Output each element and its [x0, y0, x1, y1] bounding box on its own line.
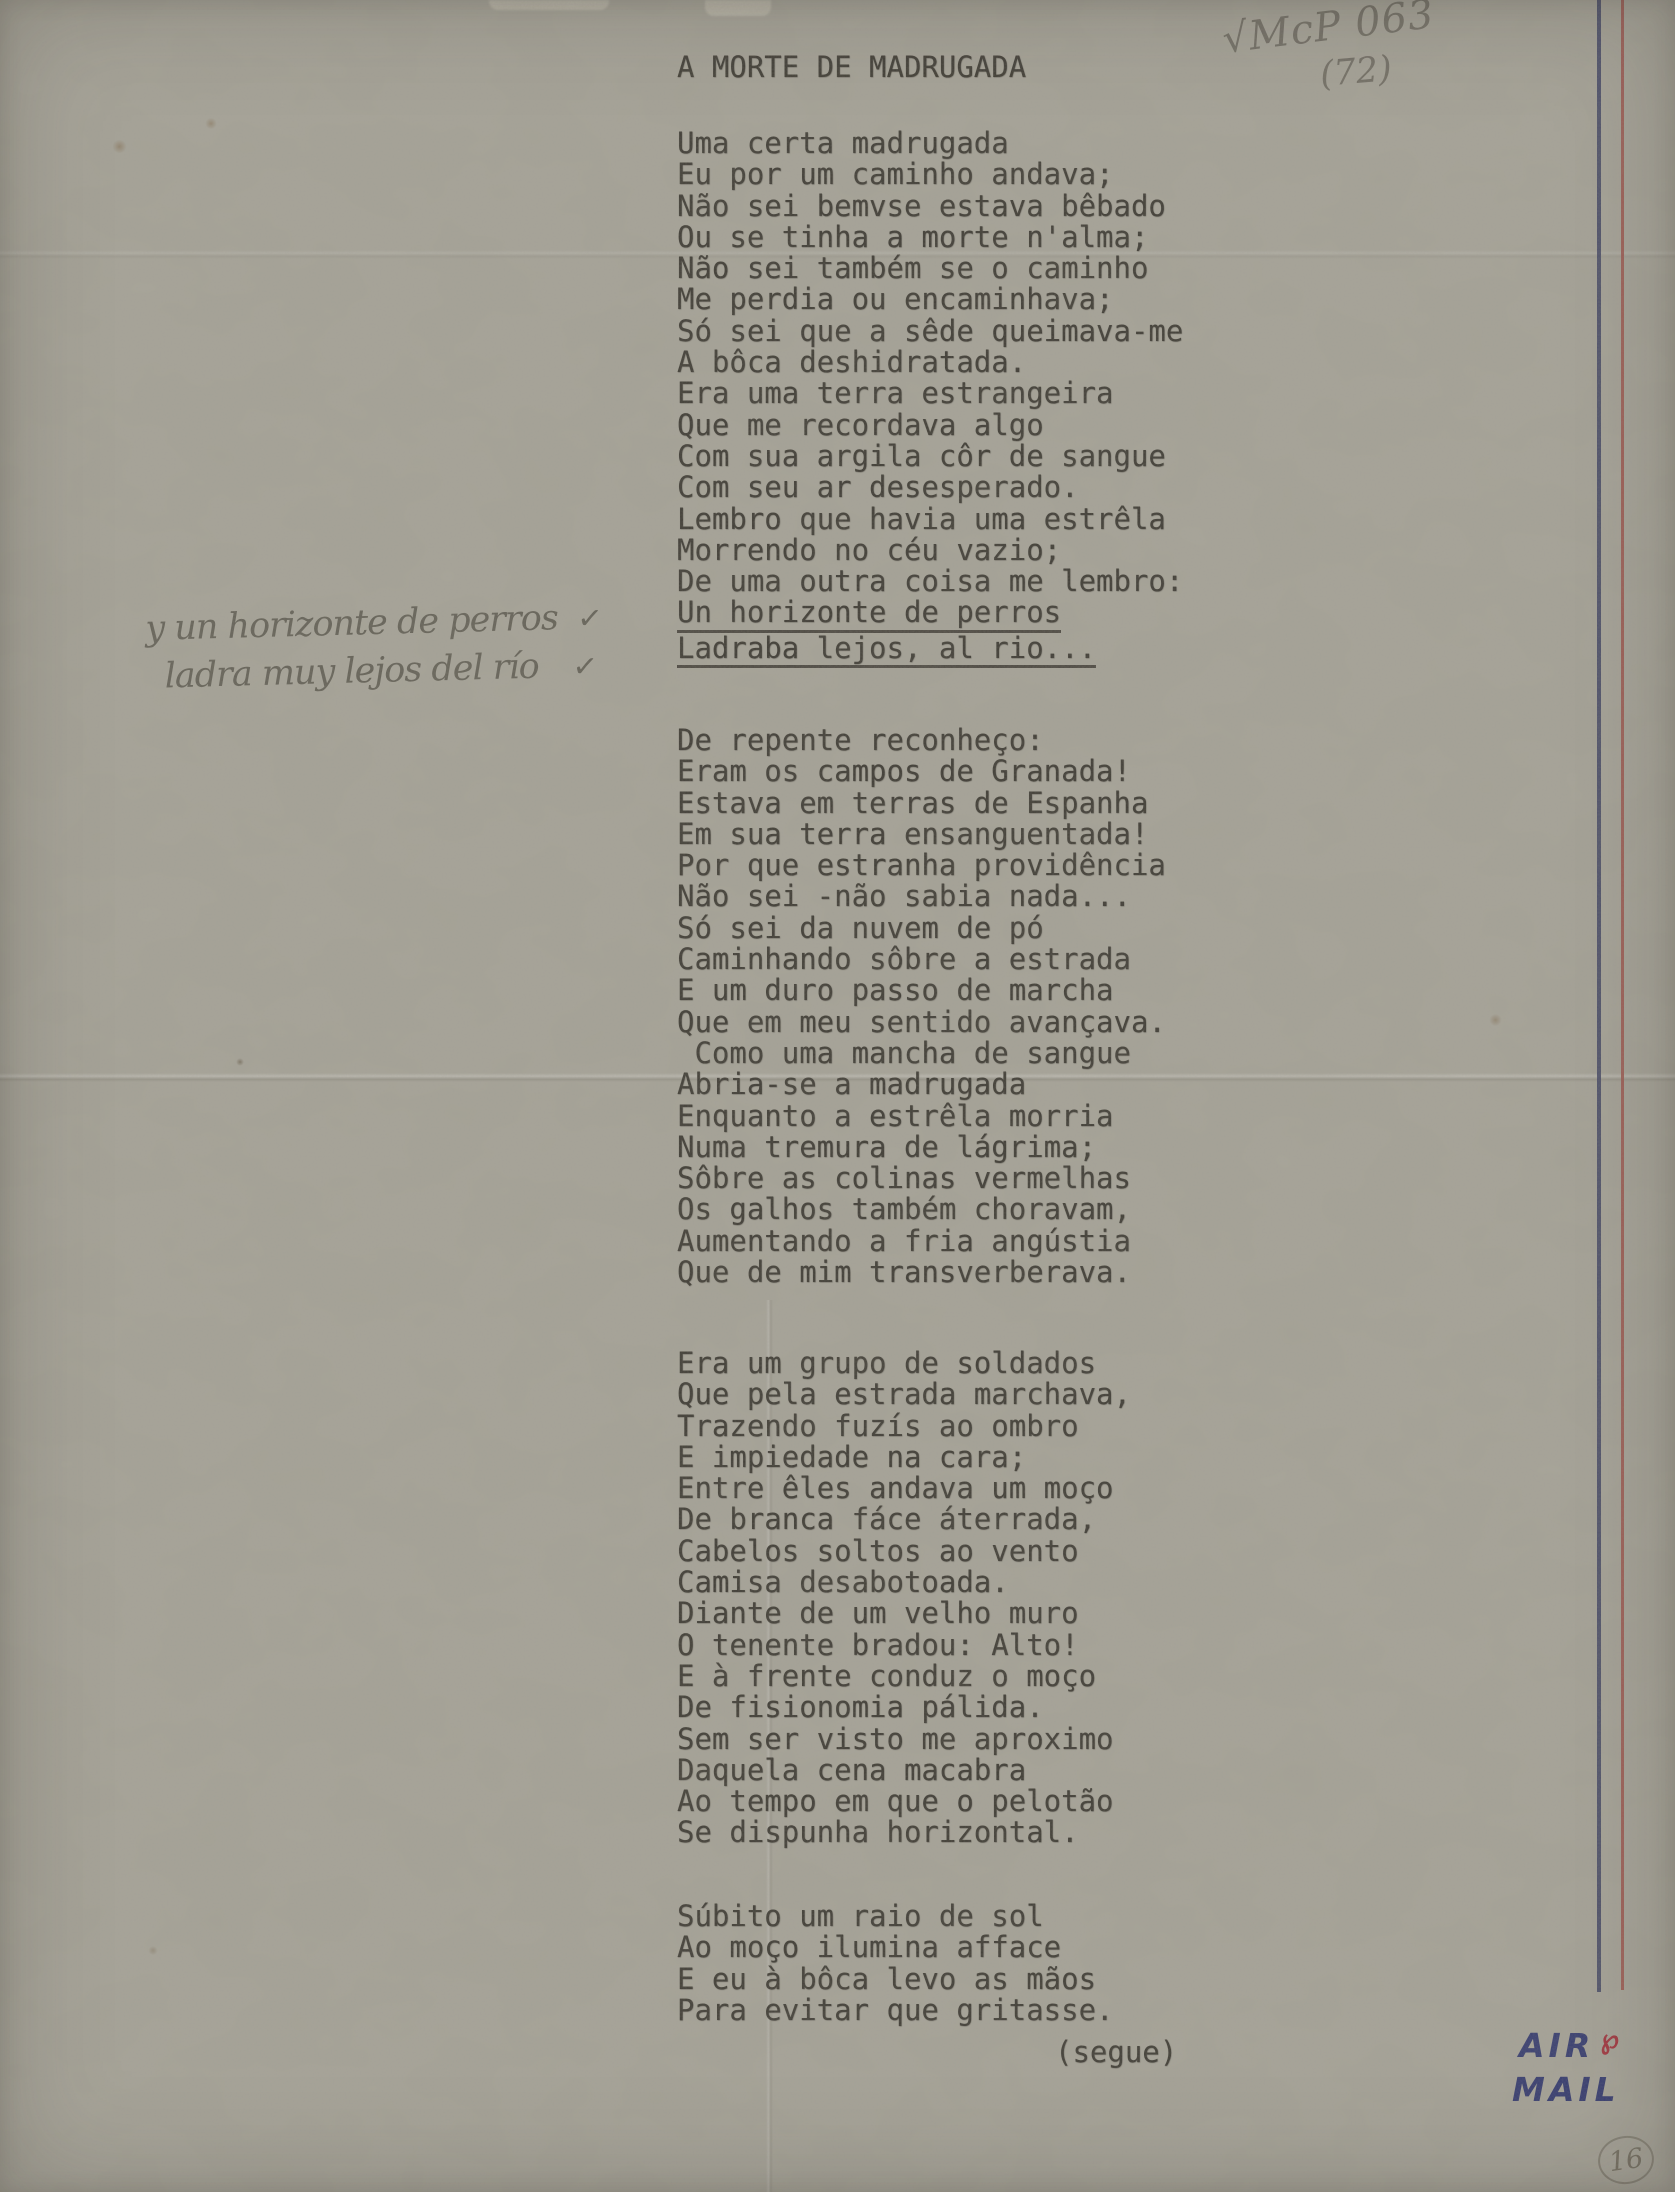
- stain: [236, 1058, 244, 1066]
- poem-line: Estava em terras de Espanha: [677, 788, 1148, 819]
- red-airmail-rule: [1621, 0, 1624, 1990]
- poem-stanza-1: Uma certa madrugadaEu por um caminho and…: [677, 128, 1183, 668]
- continuation-note: (segue): [1055, 2037, 1177, 2068]
- poem-line: A bôca deshidratada.: [677, 347, 1026, 378]
- poem-line: Que de mim transverberava.: [677, 1257, 1131, 1288]
- poem-line: Não sei também se o caminho: [677, 253, 1148, 284]
- spacer: [539, 677, 573, 678]
- poem-line: De uma outra coisa me lembro:: [677, 566, 1183, 597]
- stain: [1489, 1014, 1502, 1026]
- poem-line: Era uma terra estrangeira: [677, 378, 1114, 409]
- poem-line: Por que estranha providência: [677, 850, 1166, 881]
- poem-line: Eu por um caminho andava;: [677, 159, 1114, 190]
- stain: [205, 118, 217, 129]
- poem-line: Sôbre as colinas vermelhas: [677, 1163, 1131, 1194]
- poem-line: Para evitar que gritasse.: [677, 1995, 1114, 2026]
- scanned-poem-page: A MORTE DE MADRUGADA Uma certa madrugada…: [0, 0, 1675, 2192]
- poem-line: Caminhando sôbre a estrada: [677, 944, 1131, 975]
- poem-line: De branca fáce áterrada,: [677, 1504, 1096, 1535]
- poem-line: E eu à bôca levo as mãos: [677, 1964, 1096, 1995]
- poem-line: Un horizonte de perros: [677, 597, 1061, 632]
- airmail-imprint-air: AIR: [1519, 2026, 1594, 2065]
- poem-line: Só sei da nuvem de pó: [677, 913, 1044, 944]
- poem-line: Eram os campos de Granada!: [677, 756, 1131, 787]
- paper-tear: [705, 0, 771, 16]
- blue-airmail-rule: [1597, 0, 1601, 1992]
- poem-line: Sem ser visto me aproximo: [677, 1724, 1114, 1755]
- poem-stanza-4: Súbito um raio de solAo moço ilumina aff…: [677, 1901, 1114, 2026]
- margin-annotation: y un horizonte de perros✓ ladra muy lejo…: [145, 594, 604, 702]
- poem-line: Ladraba lejos, al rio...: [677, 633, 1096, 668]
- poem-line: Entre êles andava um moço: [677, 1473, 1114, 1504]
- poem-line: E um duro passo de marcha: [677, 975, 1114, 1006]
- circled-page-number: 16: [1595, 2132, 1657, 2187]
- poem-line: Súbito um raio de sol: [677, 1901, 1044, 1932]
- poem-line: Em sua terra ensanguentada!: [677, 819, 1148, 850]
- poem-line: De repente reconheço:: [677, 725, 1044, 756]
- poem-line: E impiedade na cara;: [677, 1442, 1026, 1473]
- stain: [148, 1946, 158, 1955]
- poem-line: Como uma mancha de sangue: [677, 1038, 1131, 1069]
- poem-line: Enquanto a estrêla morria: [677, 1101, 1114, 1132]
- poem-line: Uma certa madrugada: [677, 128, 1009, 159]
- poem-stanza-3: Era um grupo de soldadosQue pela estrada…: [677, 1348, 1131, 1849]
- poem-line: De fisionomia pálida.: [677, 1692, 1044, 1723]
- poem-line: Morrendo no céu vazio;: [677, 535, 1061, 566]
- spacer: [558, 629, 578, 630]
- poem-stanza-2: De repente reconheço:Eram os campos de G…: [677, 725, 1166, 1288]
- poem-line: Cabelos soltos ao vento: [677, 1536, 1079, 1567]
- poem-line: Daquela cena macabra: [677, 1755, 1026, 1786]
- poem-line: Com sua argila côr de sangue: [677, 441, 1166, 472]
- poem-line: Se dispunha horizontal.: [677, 1817, 1079, 1848]
- poem-line: Numa tremura de lágrima;: [677, 1132, 1096, 1163]
- poem-line: Ao tempo em que o pelotão: [677, 1786, 1114, 1817]
- poem-line: Diante de um velho muro: [677, 1598, 1079, 1629]
- poem-line: Me perdia ou encaminhava;: [677, 284, 1114, 315]
- poem-line: Lembro que havia uma estrêla: [677, 504, 1166, 535]
- catalog-number: (72): [1318, 49, 1393, 95]
- margin-annotation-text: ladra muy lejos del río: [164, 647, 539, 697]
- poem-line: Com seu ar desesperado.: [677, 472, 1079, 503]
- stain: [112, 140, 127, 153]
- poem-line: Abria-se a madrugada: [677, 1069, 1026, 1100]
- airmail-imprint-mail: MAIL: [1512, 2070, 1620, 2109]
- poem-line: Aumentando a fria angústia: [677, 1226, 1131, 1257]
- checkmark-icon: ✓: [576, 595, 604, 643]
- poem-line: Que pela estrada marchava,: [677, 1379, 1131, 1410]
- poem-line: Ou se tinha a morte n'alma;: [677, 222, 1148, 253]
- poem-line: Que me recordava algo: [677, 410, 1044, 441]
- checkmark-icon: ✓: [571, 644, 599, 692]
- poem-line: Ao moço ilumina afface: [677, 1932, 1061, 1963]
- poem-line: Que em meu sentido avançava.: [677, 1007, 1166, 1038]
- poem-line: Não sei -não sabia nada...: [677, 881, 1131, 912]
- poem-line: Não sei bemvse estava bêbado: [677, 191, 1166, 222]
- poem-line: Era um grupo de soldados: [677, 1348, 1096, 1379]
- margin-annotation-text: y un horizonte de perros: [145, 598, 558, 649]
- poem-line: Trazendo fuzís ao ombro: [677, 1411, 1079, 1442]
- poem-line: Os galhos também choravam,: [677, 1194, 1131, 1225]
- poem-line: Camisa desabotoada.: [677, 1567, 1009, 1598]
- poem-line: O tenente bradou: Alto!: [677, 1630, 1079, 1661]
- poem-title: A MORTE DE MADRUGADA: [677, 52, 1026, 83]
- paper-tear: [489, 0, 609, 10]
- red-printer-mark-icon: ℘: [1599, 2023, 1620, 2055]
- poem-line: Só sei que a sêde queimava-me: [677, 316, 1183, 347]
- poem-line: E à frente conduz o moço: [677, 1661, 1096, 1692]
